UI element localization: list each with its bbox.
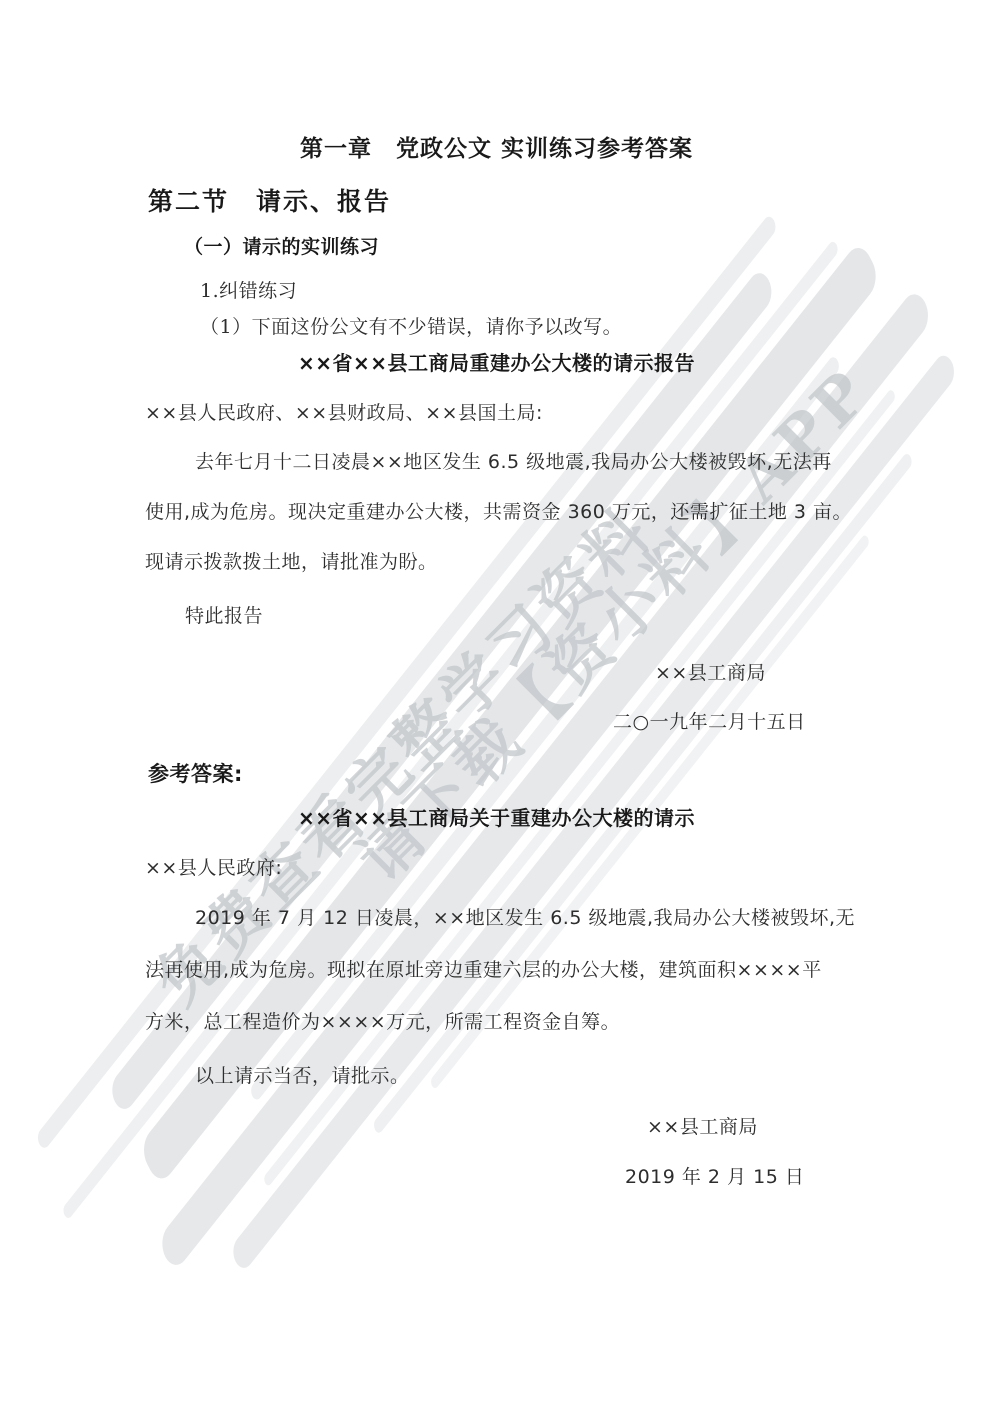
document-page: 免费查看完整学习资料 请下载【资小料】APP 第一章 党政公文 实训练习参考答案… bbox=[0, 0, 993, 1404]
answer-document-body-line: 以上请示当否，请批示。 bbox=[195, 1061, 410, 1088]
answer-label: 参考答案: bbox=[148, 758, 243, 788]
draft-document-title: ××省××县工商局重建办公大楼的请示报告 bbox=[0, 347, 993, 376]
answer-document-body-line: 2019 年 7 月 12 日凌晨，××地区发生 6.5 级地震,我局办公大楼被… bbox=[195, 903, 855, 930]
exercise-prompt: （1）下面这份公文有不少错误，请你予以改写。 bbox=[200, 312, 622, 339]
document-content: 第一章 党政公文 实训练习参考答案 第二节 请示、报告 （一）请示的实训练习 1… bbox=[0, 0, 993, 1404]
answer-document-body-line: 方米，总工程造价为××××万元，所需工程资金自筹。 bbox=[145, 1007, 620, 1034]
draft-document-closing: 特此报告 bbox=[185, 601, 263, 628]
draft-document-signature: ××县工商局 bbox=[655, 658, 766, 685]
draft-document-salutation: ××县人民政府、××县财政局、××县国土局: bbox=[145, 398, 543, 425]
subsection-title: （一）请示的实训练习 bbox=[184, 232, 379, 259]
draft-document-body-line: 现请示拨款拨土地，请批准为盼。 bbox=[145, 547, 438, 574]
answer-document-title: ××省××县工商局关于重建办公大楼的请示 bbox=[0, 802, 993, 831]
exercise-item-label: 1.纠错练习 bbox=[200, 276, 297, 303]
draft-document-body-line: 去年七月十二日凌晨××地区发生 6.5 级地震,我局办公大楼被毁坏,无法再 bbox=[195, 447, 832, 474]
chapter-title: 第一章 党政公文 实训练习参考答案 bbox=[0, 130, 993, 163]
answer-document-signature: ××县工商局 bbox=[647, 1112, 758, 1139]
draft-document-body-line: 使用,成为危房。现决定重建办公大楼，共需资金 360 万元，还需扩征土地 3 亩… bbox=[145, 497, 852, 524]
draft-document-date: 二○一九年二月十五日 bbox=[613, 707, 806, 734]
answer-document-body-line: 法再使用,成为危房。现拟在原址旁边重建六层的办公大楼，建筑面积××××平 bbox=[145, 955, 822, 982]
answer-document-date: 2019 年 2 月 15 日 bbox=[625, 1162, 804, 1189]
section-title: 第二节 请示、报告 bbox=[148, 182, 391, 218]
answer-document-salutation: ××县人民政府: bbox=[145, 853, 282, 880]
